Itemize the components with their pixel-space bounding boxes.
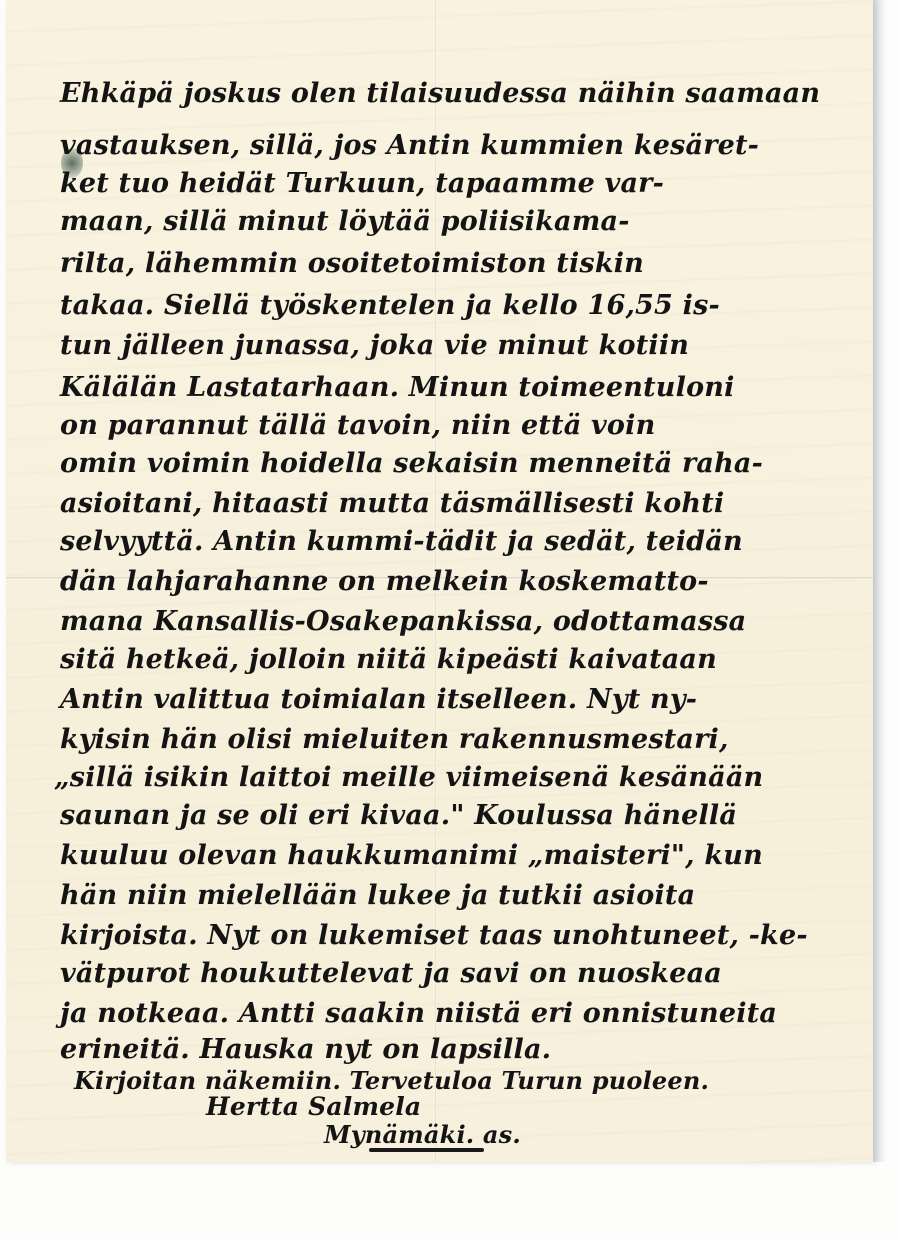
letter-line-16: Antin valittua toimialan itselleen. Nyt … bbox=[60, 684, 697, 715]
letter-line-25: erineitä. Hauska nyt on lapsilla. bbox=[60, 1034, 551, 1065]
letter-line-3: ket tuo heidät Turkuun, tapaamme var- bbox=[60, 168, 664, 199]
letter-line-13: dän lahjarahanne on melkein koskematto- bbox=[60, 566, 709, 597]
letter-signature: Hertta Salmela bbox=[206, 1092, 421, 1121]
letter-closing: Kirjoitan näkemiin. Tervetuloa Turun puo… bbox=[74, 1066, 709, 1095]
letter-line-6: takaa. Siellä työskentelen ja kello 16,5… bbox=[60, 290, 720, 321]
letter-line-24: ja notkeaa. Antti saakin niistä eri onni… bbox=[60, 998, 777, 1029]
letter-place: Mynämäki. as. bbox=[324, 1120, 521, 1149]
letter-line-15: sitä hetkeä, jolloin niitä kipeästi kaiv… bbox=[60, 644, 717, 675]
letter-line-9: on parannut tällä tavoin, niin että voin bbox=[60, 410, 655, 441]
letter-line-18: „sillä isikin laittoi meille viimeisenä … bbox=[54, 762, 763, 793]
letter-line-23: vätpurot houkuttelevat ja savi on nuoske… bbox=[60, 958, 722, 989]
letter-line-14: mana Kansallis-Osakepankissa, odottamass… bbox=[60, 606, 746, 637]
letter-line-22: kirjoista. Nyt on lukemiset taas unohtun… bbox=[60, 920, 808, 951]
letter-line-19: saunan ja se oli eri kivaa." Koulussa hä… bbox=[60, 800, 737, 831]
letter-line-8: Kälälän Lastatarhaan. Minun toimeentulon… bbox=[60, 372, 735, 403]
letter-line-12: selvyyttä. Antin kummi-tädit ja sedät, t… bbox=[60, 526, 743, 557]
letter-line-7: tun jälleen junassa, joka vie minut koti… bbox=[60, 330, 689, 361]
place-underline bbox=[369, 1148, 484, 1152]
letter-line-2: vastauksen, sillä, jos Antin kummien kes… bbox=[60, 130, 759, 161]
letter-line-1: Ehkäpä joskus olen tilaisuudessa näihin … bbox=[60, 78, 820, 109]
letter-line-11: asioitani, hitaasti mutta täsmällisesti … bbox=[60, 488, 724, 519]
letter-line-4: maan, sillä minut löytää poliisikama- bbox=[60, 206, 630, 237]
letter-line-10: omin voimin hoidella sekaisin menneitä r… bbox=[60, 448, 763, 479]
letter-line-21: hän niin mielellään lukee ja tutkii asio… bbox=[60, 880, 695, 911]
paper-edge-shadow bbox=[873, 0, 887, 1162]
letter-line-17: kyisin hän olisi mieluiten rakennusmesta… bbox=[60, 724, 729, 755]
letter-line-5: rilta, lähemmin osoitetoimiston tiskin bbox=[60, 248, 644, 279]
letter-line-20: kuuluu olevan haukkumanimi „maisteri", k… bbox=[60, 840, 763, 871]
letter-page: Ehkäpä joskus olen tilaisuudessa näihin … bbox=[6, 0, 873, 1162]
